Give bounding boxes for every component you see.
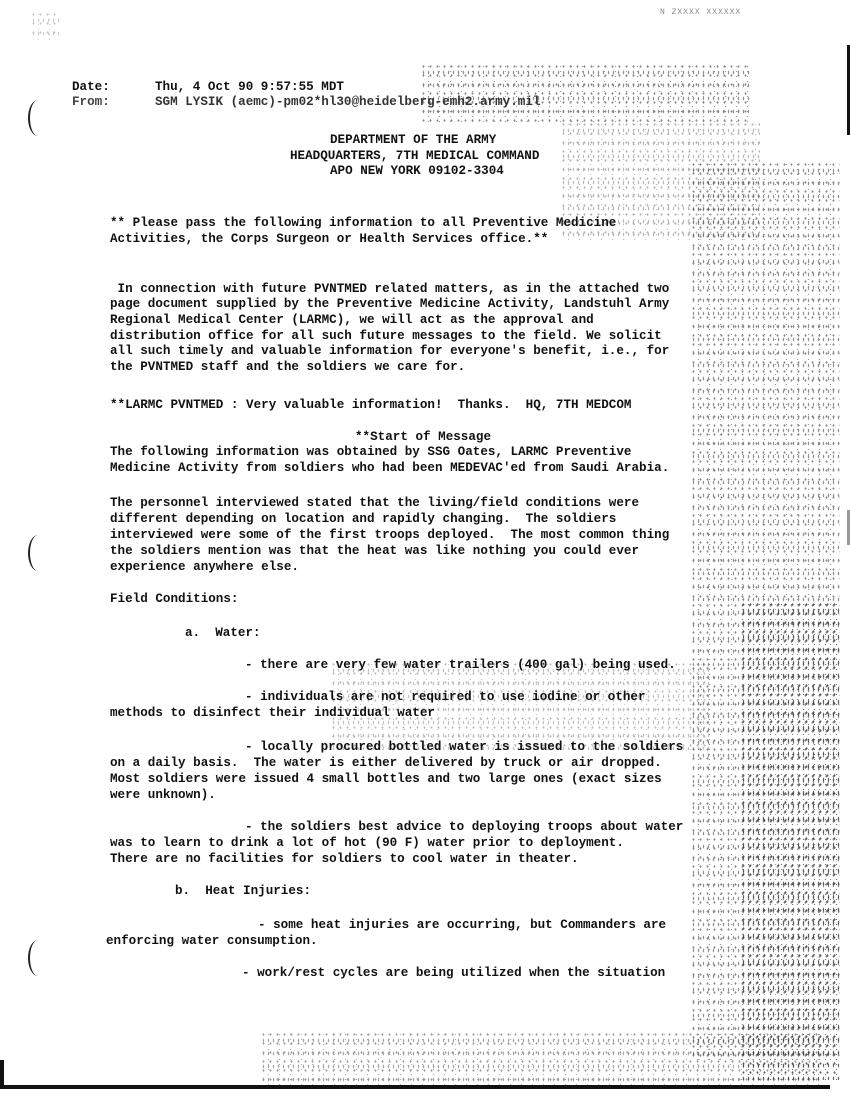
conditions-line: The personnel interviewed stated that th… (110, 496, 639, 511)
intro-line: the PVNTMED staff and the soldiers we ca… (110, 360, 465, 375)
scan-speckle (260, 1030, 820, 1085)
water-bullet-line: methods to disinfect their individual wa… (110, 706, 435, 721)
scan-speckle (420, 62, 750, 122)
water-bullet-line: - the soldiers best advice to deploying … (245, 820, 683, 835)
conditions-line: different depending on location and rapi… (110, 512, 616, 527)
section-b-label: b. Heat Injuries: (175, 884, 311, 899)
margin-paren-mark (28, 940, 48, 976)
scanned-document-page: N ZXXXX XXXXXX Date: Thu, 4 Oct 90 9:57:… (0, 0, 850, 1097)
field-conditions-heading: Field Conditions: (110, 592, 238, 607)
scan-speckle (740, 600, 840, 1080)
heat-bullet-line: - work/rest cycles are being utilized wh… (242, 966, 665, 981)
water-bullet-line: - locally procured bottled water is issu… (245, 740, 683, 755)
margin-paren-mark (28, 535, 48, 571)
date-label: Date: (72, 80, 110, 95)
water-bullet-line: Most soldiers were issued 4 small bottle… (110, 772, 662, 787)
scan-mark-text: N ZXXXX XXXXXX (660, 8, 741, 17)
source-line: The following information was obtained b… (110, 445, 631, 460)
notice-line: ** Please pass the following information… (110, 216, 616, 231)
water-bullet-line: on a daily basis. The water is either de… (110, 756, 662, 771)
intro-line: In connection with future PVNTMED relate… (110, 282, 669, 297)
section-a-label: a. Water: (185, 626, 261, 641)
scan-speckle (330, 660, 710, 750)
notice-line: Activities, the Corps Surgeon or Health … (110, 232, 548, 247)
source-line: Medicine Activity from soldiers who had … (110, 461, 669, 476)
heat-bullet-line: - some heat injuries are occurring, but … (258, 918, 666, 933)
medcom-comment: **LARMC PVNTMED : Very valuable informat… (110, 398, 631, 413)
from-value: SGM LYSIK (aemc)-pm02*hl30@heidelberg-em… (155, 95, 540, 110)
letterhead-headquarters: HEADQUARTERS, 7TH MEDICAL COMMAND (290, 149, 539, 164)
water-bullet-line: - individuals are not required to use io… (245, 690, 646, 705)
intro-line: Regional Medical Center (LARMC), we will… (110, 313, 594, 328)
scan-speckle (30, 10, 60, 40)
start-of-message: **Start of Message (355, 430, 491, 445)
letterhead-address: APO NEW YORK 09102-3304 (330, 164, 504, 179)
scan-bottom-edge (0, 1085, 830, 1089)
conditions-line: interviewed were some of the first troop… (110, 528, 669, 543)
intro-line: all such timely and valuable information… (110, 344, 669, 359)
water-bullet-line: - there are very few water trailers (400… (245, 658, 676, 673)
water-bullet-line: was to learn to drink a lot of hot (90 F… (110, 836, 624, 851)
letterhead-department: DEPARTMENT OF THE ARMY (330, 133, 496, 148)
date-value: Thu, 4 Oct 90 9:57:55 MDT (155, 80, 344, 95)
water-bullet-line: were unknown). (110, 788, 216, 803)
heat-bullet-line: enforcing water consumption. (106, 934, 318, 949)
scan-speckle (690, 160, 840, 1060)
conditions-line: experience anywhere else. (110, 560, 299, 575)
from-label: From: (72, 95, 110, 110)
conditions-line: the soldiers mention was that the heat w… (110, 544, 639, 559)
intro-line: distribution office for all such future … (110, 329, 662, 344)
water-bullet-line: There are no facilities for soldiers to … (110, 852, 579, 867)
intro-line: page document supplied by the Preventive… (110, 297, 669, 312)
scan-left-edge (0, 1060, 4, 1088)
margin-paren-mark (28, 100, 48, 136)
